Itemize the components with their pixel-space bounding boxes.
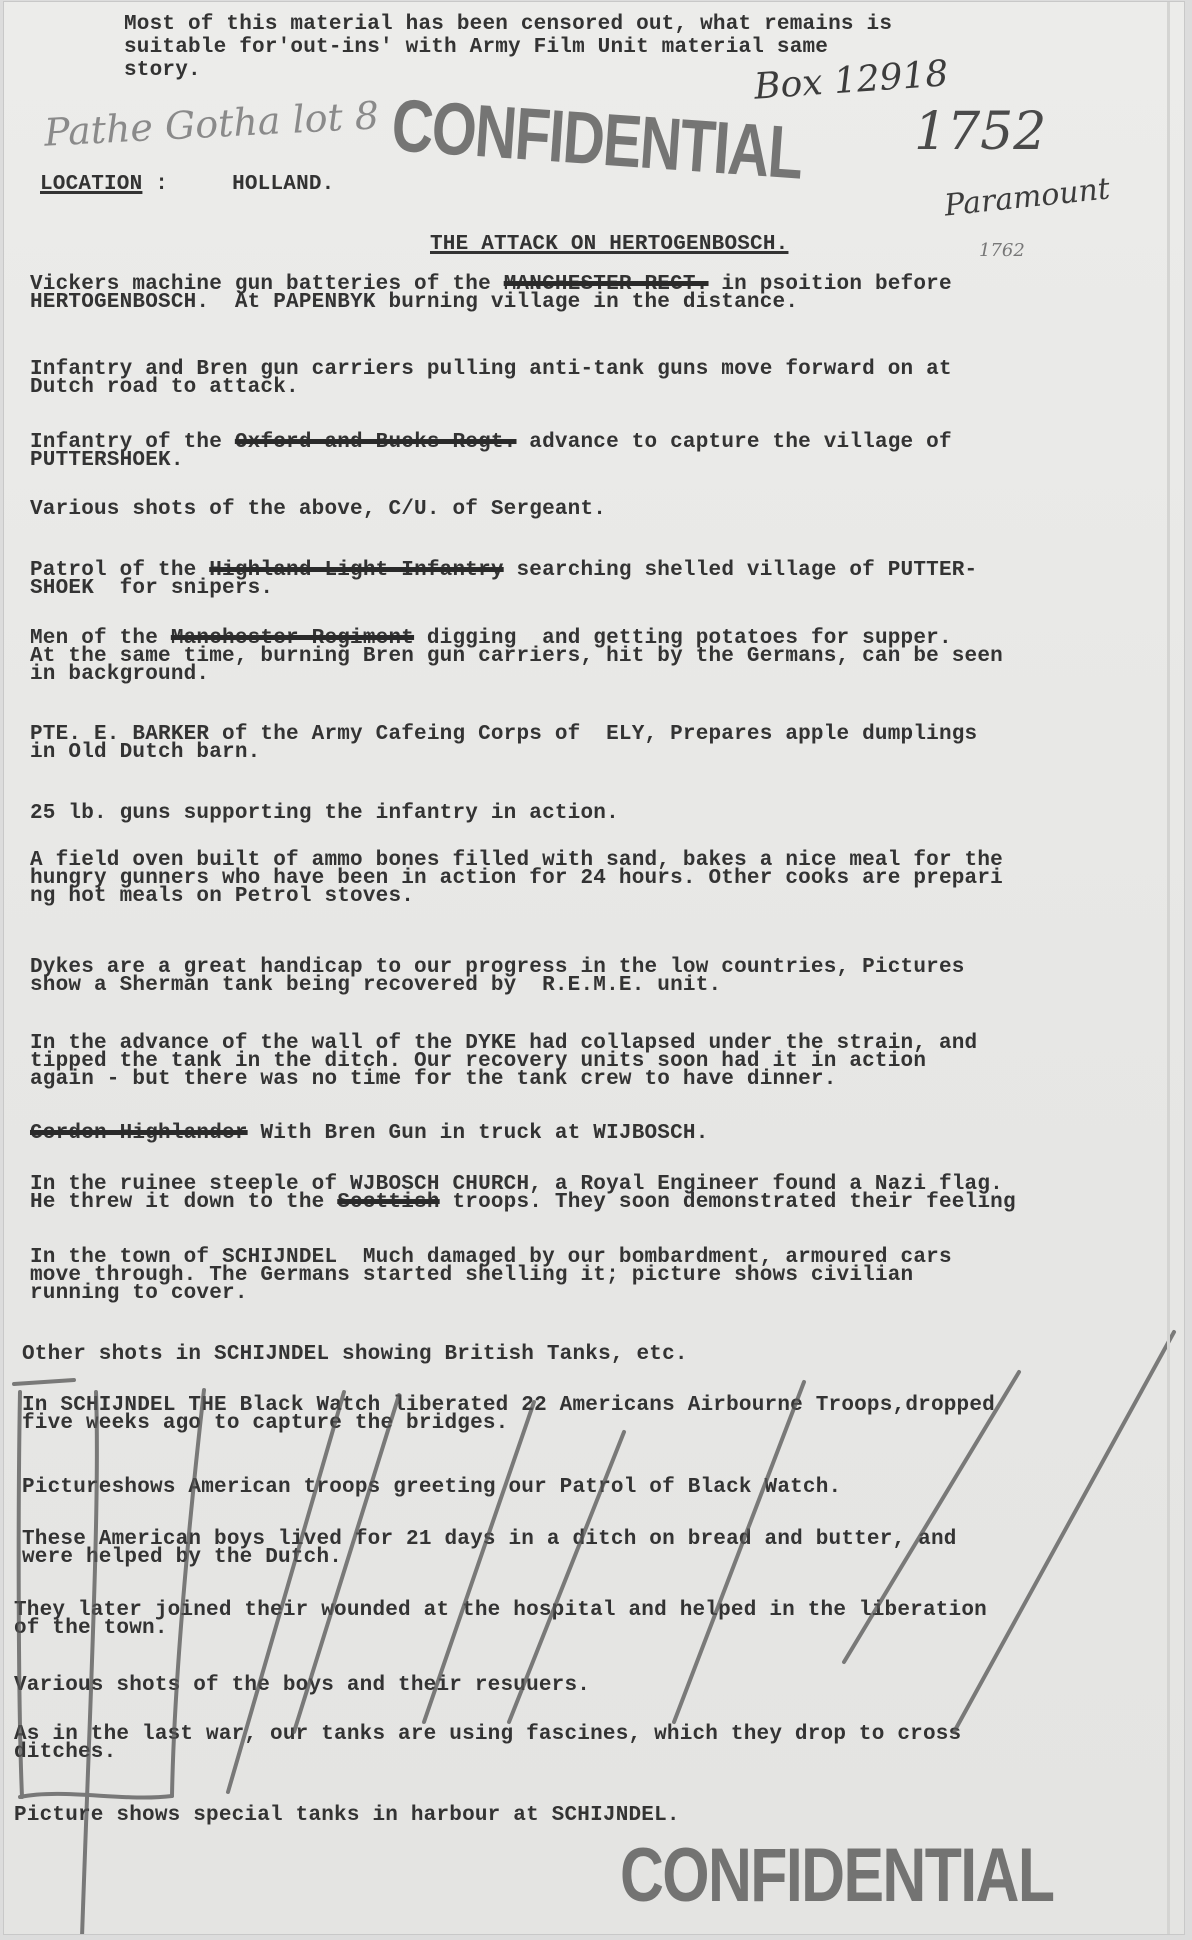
document-page: Most of this material has been censored …	[4, 2, 1184, 1934]
body-line: SHOEK for snipers.	[30, 578, 273, 599]
body-line: again - but there was no time for the ta…	[30, 1069, 837, 1090]
body-line: PUTTERSHOEK.	[30, 450, 184, 471]
location-row: LOCATION : HOLLAND.	[40, 174, 334, 195]
header-note-line-3: story.	[124, 60, 201, 81]
body-line: ditches.	[14, 1742, 116, 1763]
body-text: 25 lb. guns supporting the infantry in a…	[30, 802, 619, 825]
body-line: of the town.	[14, 1618, 168, 1639]
body-text: of the town.	[14, 1617, 168, 1640]
body-text: SHOEK for snipers.	[30, 577, 273, 600]
body-text: running to cover.	[30, 1282, 248, 1305]
body-line: five weeks ago to capture the bridges.	[22, 1413, 508, 1434]
body-line: He threw it down to the Scottish troops.…	[30, 1192, 1016, 1213]
body-text: searching shelled village of PUTTER-	[504, 559, 978, 582]
handwritten-box-reference: Box 12918	[753, 53, 950, 107]
body-text: Pictureshows American troops greeting ou…	[22, 1476, 841, 1499]
handwritten-company: Paramount	[943, 171, 1112, 223]
body-line: As in the last war, our tanks are using …	[14, 1724, 961, 1745]
body-text: five weeks ago to capture the bridges.	[22, 1412, 508, 1435]
body-text: advance to capture the village of	[517, 431, 952, 454]
handwritten-note-library: Pathe Gotha lot 8	[43, 93, 380, 154]
body-text: Picture shows special tanks in harbour a…	[14, 1804, 680, 1827]
body-text: He threw it down to the	[30, 1191, 337, 1214]
header-note-line-2: suitable for'out-ins' with Army Film Uni…	[124, 37, 828, 58]
body-text: again - but there was no time for the ta…	[30, 1068, 837, 1091]
body-line: ng hot meals on Petrol stoves.	[30, 886, 414, 907]
body-text: were helped by the Dutch.	[22, 1546, 342, 1569]
body-line: Various shots of the boys and their resu…	[14, 1675, 590, 1696]
body-text: Various shots of the boys and their resu…	[14, 1674, 590, 1697]
body-line: in Old Dutch barn.	[30, 742, 260, 763]
body-line: in background.	[30, 664, 209, 685]
censored-text: Scottish	[337, 1191, 439, 1214]
body-text: As in the last war, our tanks are using …	[14, 1723, 961, 1746]
body-line: Various shots of the above, C/U. of Serg…	[30, 499, 606, 520]
body-line: were helped by the Dutch.	[22, 1547, 342, 1568]
confidential-stamp-bottom: CONFIDENTIAL	[620, 1832, 1053, 1919]
body-text: ng hot meals on Petrol stoves.	[30, 885, 414, 908]
body-line: running to cover.	[30, 1283, 248, 1304]
body-text: in background.	[30, 663, 209, 686]
body-line: Dutch road to attack.	[30, 377, 299, 398]
body-text: Dutch road to attack.	[30, 376, 299, 399]
body-text: ditches.	[14, 1741, 116, 1764]
body-text: Various shots of the above, C/U. of Serg…	[30, 498, 606, 521]
body-line: show a Sherman tank being recovered by R…	[30, 975, 721, 996]
body-text: in Old Dutch barn.	[30, 741, 260, 764]
location-value: HOLLAND.	[232, 173, 334, 196]
censored-text: Gordon Highlander	[30, 1122, 248, 1145]
body-text: troops. They soon demonstrated their fee…	[440, 1191, 1016, 1214]
censored-text: Oxford and Bucks Regt.	[235, 431, 517, 454]
location-label: LOCATION	[40, 173, 142, 196]
body-line: Other shots in SCHIJNDEL showing British…	[22, 1344, 688, 1365]
document-title: THE ATTACK ON HERTOGENBOSCH.	[430, 234, 788, 255]
body-text: Other shots in SCHIJNDEL showing British…	[22, 1343, 688, 1366]
body-text: With Bren Gun in truck at WIJBOSCH.	[248, 1122, 709, 1145]
body-text: PUTTERSHOEK.	[30, 449, 184, 472]
handwritten-number-small: 1762	[979, 240, 1025, 261]
body-line: Picture shows special tanks in harbour a…	[14, 1805, 680, 1826]
body-line: Pictureshows American troops greeting ou…	[22, 1477, 841, 1498]
body-line: Gordon Highlander With Bren Gun in truck…	[30, 1123, 709, 1144]
body-line: HERTOGENBOSCH. At PAPENBYK burning villa…	[30, 292, 798, 313]
body-line: 25 lb. guns supporting the infantry in a…	[30, 803, 619, 824]
header-note-line-1: Most of this material has been censored …	[124, 14, 892, 35]
body-text: show a Sherman tank being recovered by R…	[30, 974, 721, 997]
location-separator: :	[155, 173, 168, 196]
body-text: HERTOGENBOSCH. At PAPENBYK burning villa…	[30, 291, 798, 314]
confidential-stamp-top: CONFIDENTIAL	[389, 82, 805, 195]
handwritten-number: 1752	[914, 102, 1046, 162]
